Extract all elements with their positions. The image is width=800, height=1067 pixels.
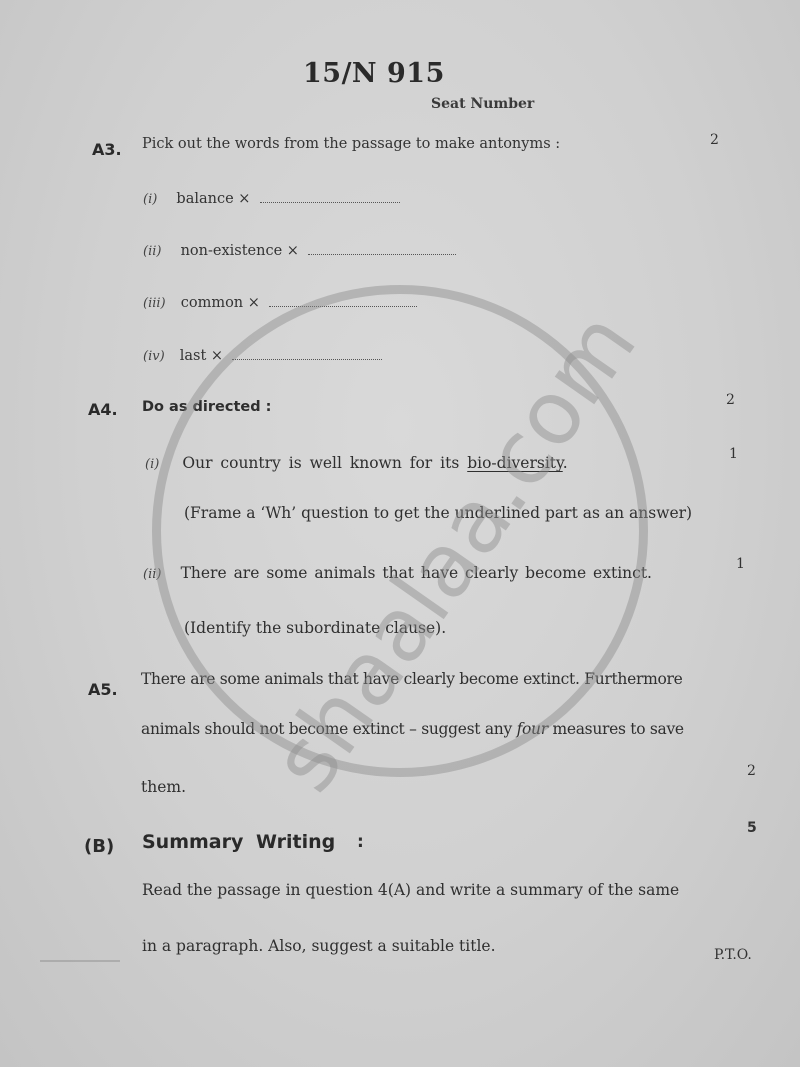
answer-blank[interactable] <box>260 190 400 203</box>
answer-blank[interactable] <box>308 242 456 255</box>
section-title: Summary Writing <box>142 831 335 853</box>
item-word: balance × <box>176 191 250 207</box>
item-roman: (i) <box>145 457 159 472</box>
sub-question-marks: 1 <box>729 446 738 462</box>
antonym-item: (i) balance × <box>143 188 400 207</box>
question-line-3: them. <box>141 778 186 796</box>
exam-page: 15/N 915 Seat Number A3. Pick out the wo… <box>0 0 800 1067</box>
item-word: non-existence × <box>181 243 299 259</box>
question-marks: 2 <box>726 392 735 408</box>
question-number: A3. <box>92 140 122 159</box>
question-marks: 2 <box>710 132 719 148</box>
item-word: last × <box>180 348 223 364</box>
question-prompt: Pick out the words from the passage to m… <box>142 136 560 152</box>
question-number: A5. <box>88 680 118 699</box>
sub-question-marks: 1 <box>736 556 745 572</box>
item-roman: (ii) <box>143 244 161 259</box>
antonym-item: (ii) non-existence × <box>143 240 456 259</box>
scan-artifact-line <box>40 960 120 962</box>
pto-label: P.T.O. <box>714 947 752 963</box>
section-line-1: Read the passage in question 4(A) and wr… <box>142 881 679 899</box>
question-marks: 2 <box>747 763 756 779</box>
item-roman: (iii) <box>143 296 166 311</box>
item-roman: (iv) <box>143 349 165 364</box>
section-line-2: in a paragraph. Also, suggest a suitable… <box>142 937 496 955</box>
item-roman: (i) <box>143 192 157 207</box>
seat-number-label: Seat Number <box>431 96 534 112</box>
paper-code: 15/N 915 <box>303 58 445 89</box>
question-number: A4. <box>88 400 118 419</box>
section-title-colon: : <box>357 832 364 852</box>
item-word: common × <box>181 295 260 311</box>
section-marks: 5 <box>747 820 757 836</box>
section-label: (B) <box>84 836 114 857</box>
